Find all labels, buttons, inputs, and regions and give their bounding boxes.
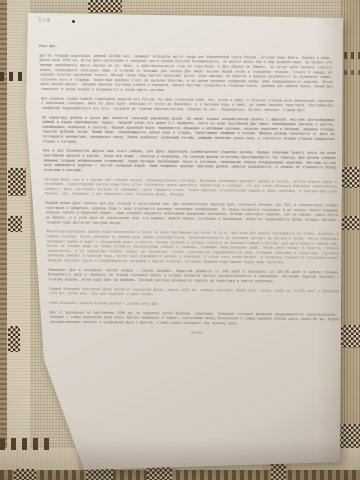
text-block-para: Как и для большинства других рек этого р… — [43, 149, 336, 176]
text-block-para: Дон по площади водосбора, равной 422000 … — [39, 53, 333, 94]
text-block-para: Амплитуда колебания уровня воды значител… — [46, 230, 339, 266]
text-block-heading: Река Дон. — [39, 44, 331, 51]
pencil-dot — [72, 20, 75, 23]
text-block-para: Дон от верховьев на протяжении 1190 км, … — [50, 310, 339, 327]
paper-sheet: 7=8 Река Дон.Дон по площади водосбора, р… — [26, 8, 348, 472]
text-block-para: Замерзает Дон в последних числах ноября … — [48, 268, 339, 285]
text-block-para: Водный режим Дона типичен для рек степно… — [45, 201, 338, 228]
text-block-para: Питание Дона, как и у прочих рек степной… — [44, 177, 337, 199]
text-block-footer: (конец) — [50, 329, 339, 336]
text-block-para: По характеру долины и русла Дон является… — [42, 115, 335, 146]
fabric-check-block — [8, 216, 22, 232]
document-text-body: Река Дон.Дон по площади водосбора, равно… — [39, 44, 339, 337]
document-text: Река Дон.Дон по площади водосбора, равно… — [39, 44, 339, 446]
fabric-check-block — [8, 326, 20, 352]
photo-of-document: 7=8 Река Дон.Дон по площади водосбора, р… — [0, 0, 360, 480]
text-block-para: Самыми большими притоками Дона являются … — [49, 287, 339, 299]
fabric-check-block — [8, 168, 26, 196]
paper-sheet-wrapper: 7=8 Река Дон.Дон по площади водосбора, р… — [26, 8, 348, 472]
text-block-subheading: Ниже описание главной водной дороги — до… — [49, 301, 339, 308]
text-block-para: Дон издавна служил важной судоходной дор… — [41, 96, 334, 113]
pencil-annotation: 7=8 — [38, 18, 52, 24]
